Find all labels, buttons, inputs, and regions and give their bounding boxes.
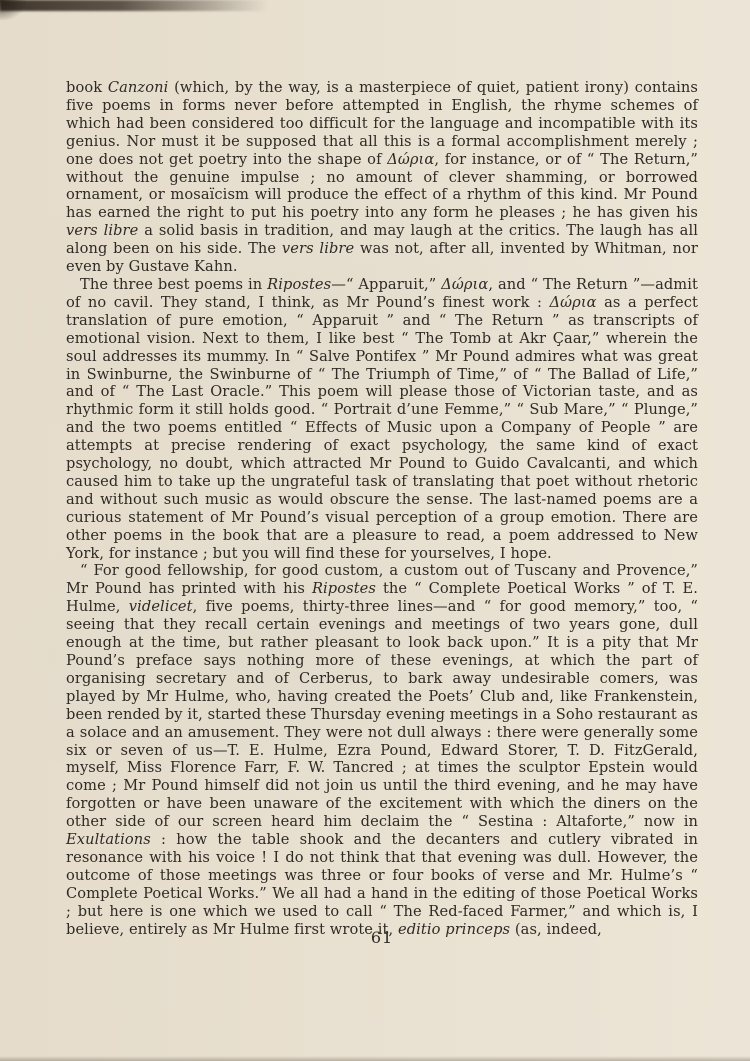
scanned-book-page: book Canzoni (which, by the way, is a ma… (0, 0, 750, 1061)
body-text: The three best poems in (80, 276, 267, 293)
italic-text: Δώρια (550, 294, 597, 311)
italic-text: Ripostes (312, 580, 376, 597)
body-text: book (66, 79, 108, 96)
text-block: book Canzoni (which, by the way, is a ma… (66, 79, 698, 939)
body-text: : how the table shook and the decanters … (66, 831, 698, 938)
scan-edge-shadow-corner (0, 0, 26, 20)
body-text: , five poems, thirty-three lines—and “ f… (66, 598, 698, 830)
paragraph: “ For good fellowship, for good custom, … (66, 562, 698, 938)
italic-text: Ripostes (267, 276, 331, 293)
italic-text: vers libre (282, 240, 354, 257)
italic-text: videlicet (129, 598, 193, 615)
paragraph: book Canzoni (which, by the way, is a ma… (66, 79, 698, 276)
italic-text: Δώρια (387, 151, 434, 168)
italic-text: Δώρια (441, 276, 488, 293)
scan-edge-shadow-bottom (0, 1056, 750, 1061)
paragraph: The three best poems in Ripostes—“ Appar… (66, 276, 698, 563)
scan-edge-shadow-top (0, 0, 268, 11)
page-number: 61 (66, 928, 698, 947)
body-text: —“ Apparuit,” (331, 276, 441, 293)
italic-text: vers libre (66, 222, 138, 239)
body-text: as a perfect translation of pure emotion… (66, 294, 698, 562)
italic-text: Canzoni (108, 79, 169, 96)
italic-text: Exultations (66, 831, 151, 848)
